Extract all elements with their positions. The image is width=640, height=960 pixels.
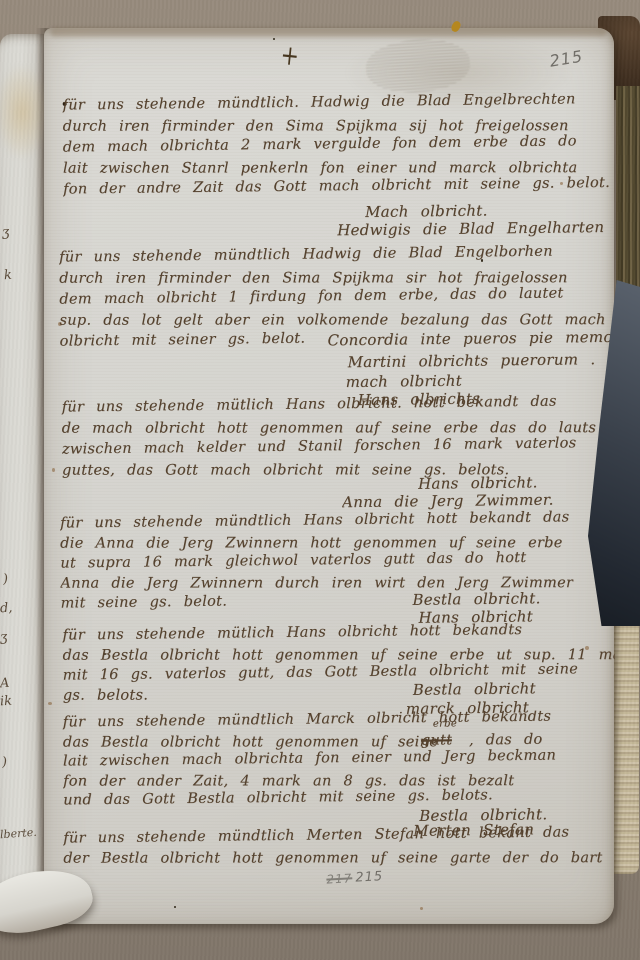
manuscript-line: Concordia inte pueros pie memorie	[327, 328, 634, 350]
manuscript-line: , das do	[469, 730, 543, 750]
manuscript-line: Anna die Jerg Zwimmer.	[342, 491, 554, 512]
cross-mark: +	[279, 40, 301, 73]
manuscript-line: für uns stehende mündtlich Hadwig die Bl…	[59, 244, 605, 268]
correction-erbe: erbe	[433, 718, 457, 729]
manuscript-line: für uns stehende mündtlich. Hadwig die B…	[63, 92, 610, 116]
signature-anna-jerg-zwimmer: Anna die Jerg Zwimmer.	[342, 491, 554, 512]
entry-6-line-2-continued: , das do	[469, 730, 543, 750]
manuscript-photo: ʒk)d,ʒAik)lberte. + 215 217 215 für uns …	[0, 0, 640, 960]
signature-hedwigis-engelharten: Hedwigis die Blad Engelharten	[337, 219, 604, 241]
manuscript-line: gutt	[421, 730, 453, 750]
manuscript-line: Hedwigis die Blad Engelharten	[337, 219, 604, 241]
note-martini-puerorum: Martini olbrichts puerorum .	[348, 351, 596, 373]
page-number-bottom-cancelled: 217	[326, 871, 353, 886]
page-number-bottom: 215	[355, 869, 384, 886]
manuscript-line: erbe	[433, 718, 457, 729]
entry-3: für uns stehende mütlich Hans olbricht. …	[62, 394, 597, 481]
page-number-top: 215	[548, 47, 584, 71]
manuscript-line: Martini olbrichts puerorum .	[348, 351, 596, 373]
manuscript-line: für uns stehende mütlich Hans olbricht. …	[62, 394, 597, 418]
entry-7: für uns stehende mündtlich Merten Stefan…	[63, 825, 603, 868]
manuscript-line: für uns stehende mütlich Hans olbricht h…	[62, 622, 614, 645]
manuscript-line: für uns stehende mündtlich Hans olbricht…	[60, 510, 573, 533]
manuscript-line: für uns stehende mündtlich Merten Stefan…	[63, 825, 602, 848]
manuscript-text-layer: + 215 217 215 für uns stehende mündtlich…	[0, 0, 640, 960]
entry-1: für uns stehende mündtlich. Hadwig die B…	[63, 92, 611, 200]
manuscript-line: Bestla olbricht	[413, 679, 536, 700]
entry-6: für uns stehende mündtlich Marck olbrich…	[63, 711, 557, 812]
signature-bestla-olbricht-2: Bestla olbricht	[413, 679, 536, 700]
manuscript-line: der Bestla olbricht hott genommen uf sei…	[63, 848, 602, 868]
cancelled-gutt: gutt	[421, 730, 453, 750]
note-concordia: Concordia inte pueros pie memorie	[327, 328, 634, 350]
